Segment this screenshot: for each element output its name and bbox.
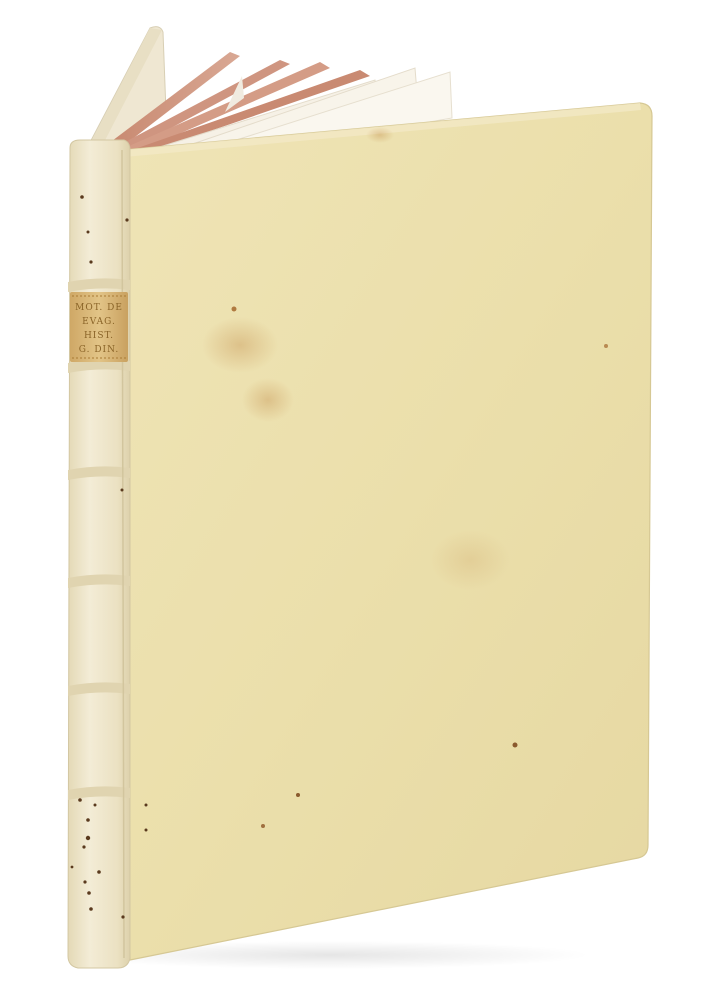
- book-illustration: MOT. DE EVAG. HIST. G. DIN.: [0, 0, 718, 1000]
- spine-label-line-1: MOT. DE: [75, 303, 123, 313]
- book-photo: MOT. DE EVAG. HIST. G. DIN.: [0, 0, 718, 1000]
- spine-label-line-3: HIST.: [84, 331, 114, 341]
- spine-label-line-2: EVAG.: [82, 317, 116, 327]
- spine-label-line-4: G. DIN.: [79, 345, 120, 355]
- front-cover: [122, 103, 652, 960]
- spine: [68, 140, 130, 968]
